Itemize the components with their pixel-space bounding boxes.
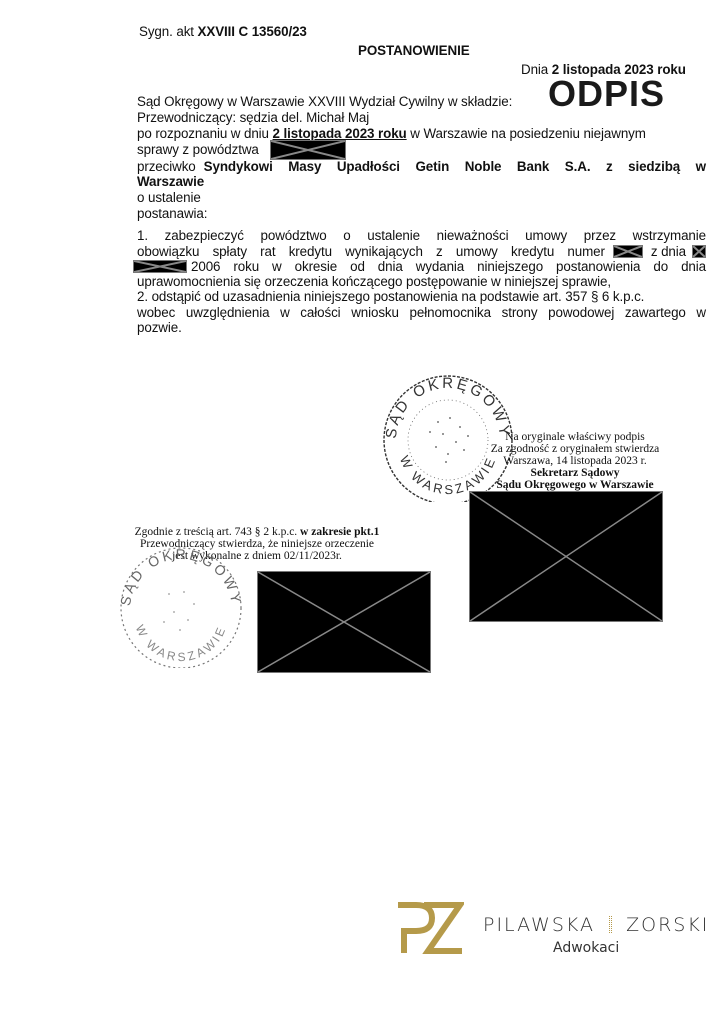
case-ref-label: Sygn. akt: [139, 24, 198, 39]
against-party-city: Warszawie: [137, 174, 204, 189]
svg-text:SĄD OKRĘGOWY: SĄD OKRĘGOWY: [117, 546, 245, 607]
point1-line2-text: obowiązku spłaty rat kredytu wynikającyc…: [137, 244, 605, 259]
svg-text:W WARSZAWIE: W WARSZAWIE: [133, 623, 230, 665]
svg-text:SĄD OKRĘGOWY: SĄD OKRĘGOWY: [383, 375, 514, 440]
considered-prefix: po rozpoznaniu w dniu: [137, 126, 273, 141]
considered-suffix: w Warszawie na posiedzeniu niejawnym: [407, 126, 646, 141]
certification-line1: Na oryginale właściwy podpis: [470, 431, 680, 443]
redaction-loan-number: [613, 245, 643, 258]
certification-line5: Sądu Okręgowego w Warszawie: [470, 479, 680, 491]
point2-line2: wobec uwzględnienia w całości wniosku pe…: [137, 305, 706, 320]
enforceability-line1: Zgodnie z treścią art. 743 § 2 k.p.c. w …: [112, 526, 402, 538]
redaction-signature-left: [257, 571, 431, 673]
document-title: POSTANOWIENIE: [358, 43, 470, 58]
certification-line2: Za zgodność z oryginałem stwierdza: [470, 443, 680, 455]
enforceability-line1-text: Zgodnie z treścią art. 743 § 2 k.p.c.: [135, 526, 300, 538]
point1-line3: 2006 roku w okresie od dnia wydania nini…: [133, 259, 706, 274]
redaction-signature-right: [469, 491, 663, 622]
subject-line: o ustalenie: [137, 190, 201, 205]
point1-line3-text: 2006 roku w okresie od dnia wydania nini…: [191, 259, 706, 274]
court-line: Sąd Okręgowy w Warszawie XXVIII Wydział …: [137, 94, 512, 109]
point1-line2: obowiązku spłaty rat kredytu wynikającyc…: [137, 244, 706, 259]
redaction-loan-day: [692, 245, 706, 258]
logo-divider: [609, 916, 612, 933]
redaction-plaintiff: [270, 140, 346, 160]
law-firm-name: PILAWSKA ZORSKI: [483, 914, 709, 936]
case-reference: Sygn. akt XXVIII C 13560/23: [139, 24, 307, 39]
odpis-stamp: ODPIS: [548, 73, 665, 115]
point1-line4: uprawomocnienia się orzeczenia kończąceg…: [137, 274, 611, 289]
case-ref-number: XXVIII C 13560/23: [198, 24, 307, 39]
law-firm-name-left: PILAWSKA: [483, 914, 595, 936]
presiding-judge: Przewodniczący: sędzia del. Michał Maj: [137, 110, 369, 125]
point1-line2-date-label: z dnia: [651, 244, 686, 259]
point2-line1: 2. odstąpić od uzasadnienia niniejszego …: [137, 289, 644, 304]
court-seal-stamp-left: SĄD OKRĘGOWY W WARSZAWIE: [114, 544, 248, 668]
certification-line3: Warszawa, 14 listopada 2023 r.: [470, 455, 680, 467]
redaction-loan-month: [133, 260, 187, 273]
certification-line4: Sekretarz Sądowy: [470, 467, 680, 479]
decides-line: postanawia:: [137, 206, 207, 221]
law-firm-name-right: ZORSKI: [626, 914, 709, 936]
against-prefix: przeciwko: [137, 159, 196, 174]
enforceability-line1-bold: w zakresie pkt.1: [300, 526, 379, 538]
law-firm-subtitle: Adwokaci: [553, 940, 619, 956]
case-of-line: sprawy z powództwa: [137, 142, 259, 157]
certification-block: Na oryginale właściwy podpis Za zgodność…: [470, 431, 680, 491]
law-firm-monogram-logo: [394, 901, 464, 957]
considered-date: 2 listopada 2023 roku: [273, 126, 407, 141]
point1-line1: 1. zabezpieczyć powództwo o ustalenie ni…: [137, 228, 706, 243]
considered-line: po rozpoznaniu w dniu 2 listopada 2023 r…: [137, 126, 646, 141]
against-line: przeciwko Syndykowi Masy Upadłości Getin…: [137, 159, 706, 174]
point2-line3: pozwie.: [137, 320, 182, 335]
against-party: Syndykowi Masy Upadłości Getin Noble Ban…: [204, 159, 706, 174]
